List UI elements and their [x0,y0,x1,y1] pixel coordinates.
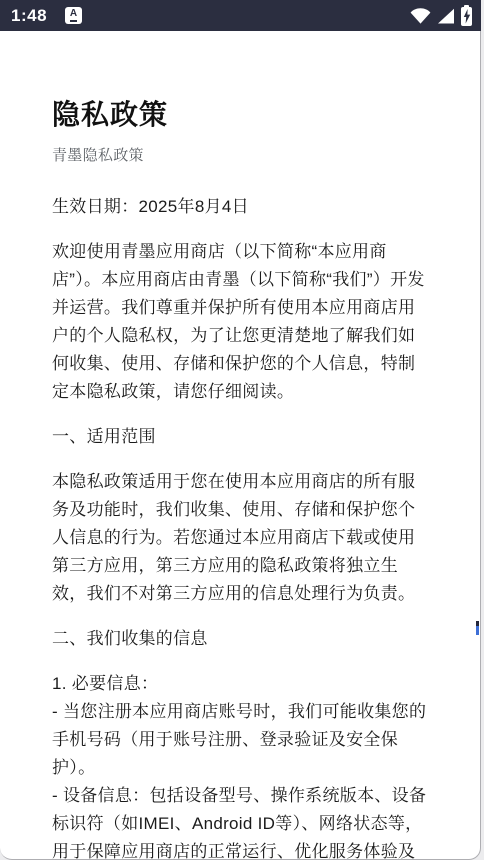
page-subtitle: 青墨隐私政策 [52,144,430,165]
app-badge-underline [70,20,77,22]
battery-charging-icon [461,7,472,26]
status-icons [410,5,472,26]
policy-paragraph: 本隐私政策适用于您在使用本应用商店的所有服务及功能时，我们收集、使用、存储和保护… [52,468,430,608]
scrollbar-thumb[interactable] [476,621,479,635]
status-bar: 1:48 A [0,0,481,31]
cellular-signal-icon [437,8,455,24]
policy-card: 隐私政策 青墨隐私政策 生效日期：2025年8月4日欢迎使用青墨应用商店（以下简… [0,31,481,860]
clock: 1:48 [11,6,47,26]
policy-paragraph: 二、我们收集的信息 [52,625,430,653]
page-title: 隐私政策 [52,97,430,132]
wifi-icon [410,8,431,24]
policy-blocks: 生效日期：2025年8月4日欢迎使用青墨应用商店（以下简称“本应用商店”）。本应… [52,193,430,859]
policy-paragraph: 1. 必要信息： - 当您注册本应用商店账号时，我们可能收集您的手机号码（用于账… [52,670,430,859]
policy-scroll-area[interactable]: 隐私政策 青墨隐私政策 生效日期：2025年8月4日欢迎使用青墨应用商店（以下简… [0,31,480,859]
policy-paragraph: 生效日期：2025年8月4日 [52,193,430,221]
policy-paragraph: 一、适用范围 [52,423,430,451]
app-window: 1:48 A 隐私政策 青墨隐私政策 生效日期：2025年8月4日欢迎使用青墨应 [0,0,481,860]
app-notification-icon: A [65,7,82,24]
policy-paragraph: 欢迎使用青墨应用商店（以下简称“本应用商店”）。本应用商店由青墨（以下简称“我们… [52,238,430,406]
app-badge-letter: A [70,9,77,19]
